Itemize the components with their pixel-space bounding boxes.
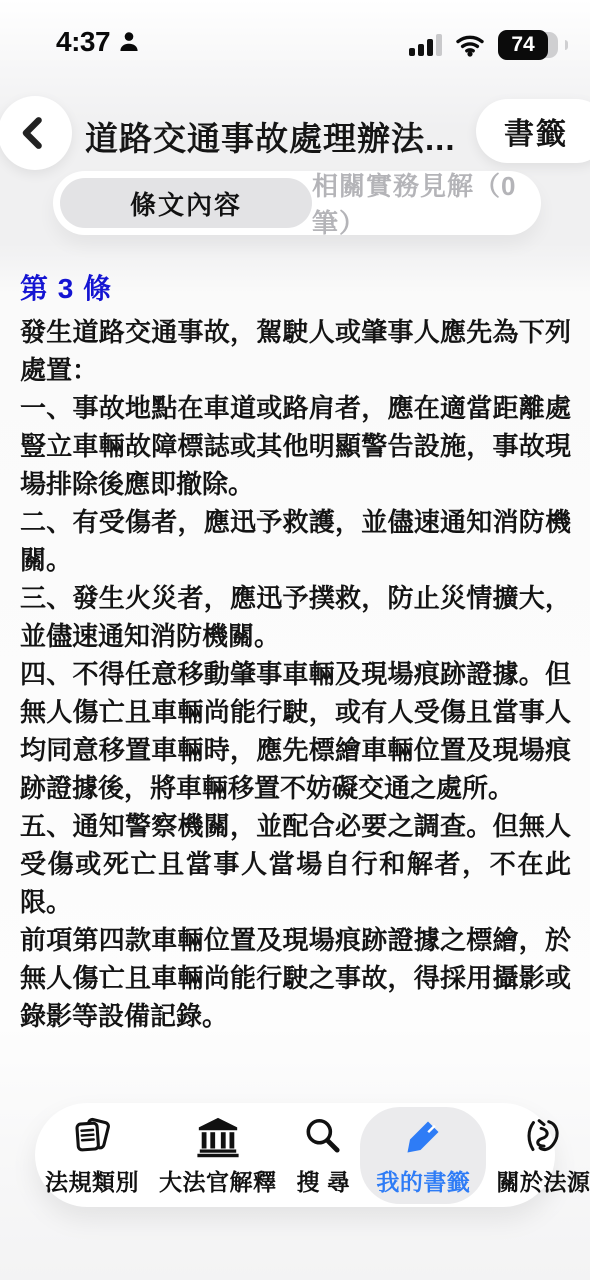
bookmark-button[interactable]: 書籤	[476, 99, 590, 163]
article-number: 第 3 條	[20, 271, 571, 307]
status-bar: 4:37 74	[0, 0, 590, 85]
tab-practice-opinions[interactable]: 相關實務見解（0 筆）	[312, 166, 534, 240]
lawbank-logo-icon	[520, 1114, 566, 1160]
article-paragraph: 三、發生火災者，應迅予撲救，防止災情擴大，並儘速通知消防機關。	[20, 579, 571, 655]
battery-icon: 74	[498, 30, 564, 60]
pencil-icon	[401, 1114, 445, 1160]
page-title: 道路交通事故處理辦法...	[85, 113, 456, 160]
article-paragraph: 發生道路交通事故，駕駛人或肇事人應先為下列處置：	[20, 313, 571, 389]
tab-practice-opinions-label: 相關實務見解（0 筆）	[312, 166, 534, 240]
bottom-nav-bar: 法規類別 大法官解釋 搜 尋	[35, 1103, 555, 1207]
back-button[interactable]	[0, 96, 72, 170]
nav-label-about-lawbank: 關於法源	[496, 1164, 590, 1197]
user-icon	[117, 30, 141, 54]
status-left: 4:37	[56, 26, 141, 58]
article-paragraph: 五、通知警察機關，並配合必要之調查。但無人受傷或死亡且當事人當場自行和解者，不在…	[20, 807, 571, 921]
search-icon	[302, 1114, 344, 1160]
nav-label-grand-justice: 大法官解釋	[159, 1164, 277, 1197]
nav-item-search[interactable]: 搜 尋	[287, 1107, 361, 1204]
battery-percent: 74	[498, 30, 548, 60]
article-paragraph: 一、事故地點在車道或路肩者，應在適當距離處豎立車輛故障標誌或其他明顯警告設施，事…	[20, 389, 571, 503]
status-right: 74	[409, 30, 564, 60]
wifi-icon	[454, 33, 486, 57]
nav-label-my-bookmarks: 我的書籤	[376, 1164, 470, 1197]
courthouse-icon	[195, 1114, 241, 1160]
article-paragraph: 前項第四款車輛位置及現場痕跡證據之標繪，於無人傷亡且車輛尚能行駛之事故，得採用攝…	[20, 921, 571, 1035]
nav-item-law-categories[interactable]: 法規類別	[35, 1107, 149, 1204]
article-paragraph: 四、不得任意移動肇事車輛及現場痕跡證據。但無人傷亡且車輛尚能行駛，或有人受傷且當…	[20, 655, 571, 807]
article-paragraph: 二、有受傷者，應迅予救護，並儘速通知消防機關。	[20, 503, 571, 579]
tab-article-content[interactable]: 條文內容	[60, 178, 312, 228]
article-body: 第 3 條 發生道路交通事故，駕駛人或肇事人應先為下列處置： 一、事故地點在車道…	[20, 271, 571, 1035]
documents-stack-icon	[69, 1114, 115, 1160]
nav-item-grand-justice-interpretations[interactable]: 大法官解釋	[149, 1107, 287, 1204]
cellular-signal-icon	[409, 34, 442, 56]
tab-bar: 條文內容 相關實務見解（0 筆）	[53, 171, 541, 235]
tab-article-content-label: 條文內容	[130, 185, 242, 222]
nav-label-search: 搜 尋	[297, 1164, 351, 1197]
clock: 4:37	[56, 26, 110, 58]
nav-item-about-lawbank[interactable]: 關於法源	[486, 1107, 590, 1204]
nav-item-my-bookmarks[interactable]: 我的書籤	[360, 1107, 486, 1204]
nav-label-law-categories: 法規類別	[45, 1164, 139, 1197]
bookmark-button-label: 書籤	[504, 109, 568, 153]
chevron-left-icon	[15, 113, 55, 153]
